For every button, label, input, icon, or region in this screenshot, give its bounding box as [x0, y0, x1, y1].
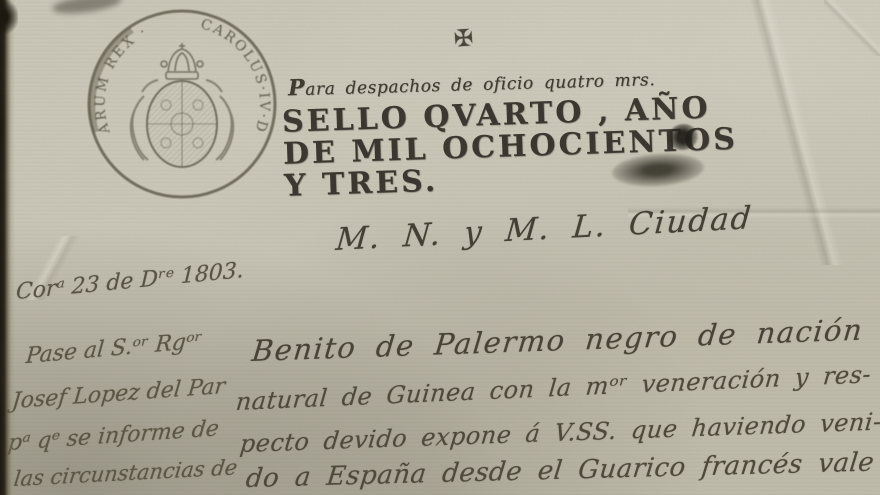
maltese-cross-icon: ✠: [453, 25, 474, 52]
handwritten-salutation: M. N. y M. L. Ciudad: [334, 200, 754, 258]
seal-crown: [161, 43, 203, 79]
margin-note-line: Pase al S.ᵒʳ Rgᵒʳ: [25, 328, 203, 369]
document-scan: ARUM REX · CAROLUS·IV·D: [0, 0, 880, 495]
paper-crease-corner: [824, 0, 880, 56]
page-edge-notch: [0, 0, 18, 34]
body-text-line: Benito de Palermo negro de nación: [250, 313, 865, 368]
seal-shield: [147, 81, 217, 167]
margin-note-line: las circunstancias de: [13, 455, 239, 491]
margin-note-line: pᵃ qᵉ se informe de: [7, 416, 220, 456]
royal-seal-stamp: ARUM REX · CAROLUS·IV·D: [72, 2, 294, 210]
page-binding-edge: [0, 0, 15, 495]
body-text-line: natural de Guinea con la mᵒʳ veneración …: [235, 360, 873, 416]
seal-legend-left: ARUM REX ·: [92, 23, 150, 137]
margin-note-line: Josef Lopez del Par: [11, 374, 227, 414]
svg-text:ARUM REX ·: ARUM REX ·: [92, 23, 150, 137]
